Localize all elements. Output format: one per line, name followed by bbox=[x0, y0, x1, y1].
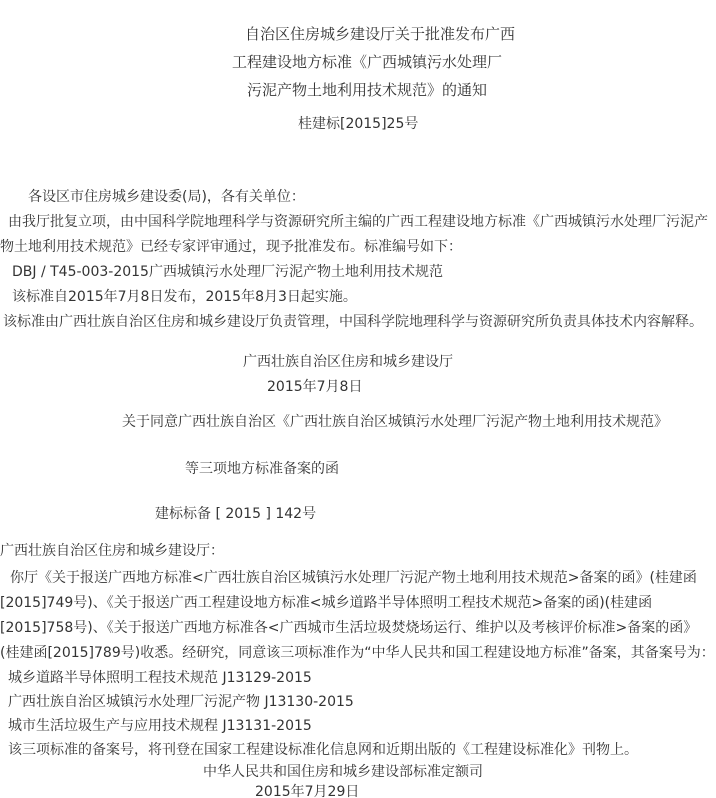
notice1-standard-number-line: DBJ / T45-003-2015广西城镇污水处理厂污泥产物土地利用技术规范 bbox=[0, 260, 716, 285]
notice2-sign-date: 2015年7月29日 bbox=[0, 782, 716, 798]
notice1-sign-date: 2015年7月8日 bbox=[0, 375, 716, 400]
notice2-salutation: 广西壮族自治区住房和城乡建设厅： bbox=[0, 539, 716, 564]
notice2-title-line2: 等三项地方标准备案的函 bbox=[0, 457, 716, 482]
notice1-approval-paragraph: 由我厅批复立项，由中国科学院地理科学与资源研究所主编的广西工程建设地方标准《广西… bbox=[0, 210, 716, 260]
notice2-closing-paragraph: 该三项标准的备案号，将刊登在国家工程建设标准化信息网和近期出版的《工程建设标准化… bbox=[0, 738, 716, 762]
record-number-line: 城市生活垃圾生产与应用技术规程 J13131-2015 bbox=[0, 714, 716, 738]
notice2-body-paragraph: 你厅《关于报送广西地方标准<广西壮族自治区城镇污水处理厂污泥产物土地利用技术规范… bbox=[0, 566, 716, 666]
notice2-doc-number: 建标标备 [ 2015 ] 142号 bbox=[0, 502, 716, 527]
record-number-line: 城乡道路半导体照明工程技术规范 J13129-2015 bbox=[0, 666, 716, 690]
record-number-line: 广西壮族自治区城镇污水处理厂污泥产物 J13130-2015 bbox=[0, 690, 716, 714]
notice1-management-paragraph: 该标准由广西壮族自治区住房和城乡建设厅负责管理，中国科学院地理科学与资源研究所负… bbox=[0, 310, 716, 335]
notice2-signer: 中华人民共和国住房和城乡建设部标准定额司 bbox=[0, 762, 716, 782]
notice1-doc-number: 桂建标[2015]25号 bbox=[0, 112, 716, 137]
notice1-title-line3: 污泥产物土地利用技术规范》的通知 bbox=[0, 76, 716, 104]
notice1-signer: 广西壮族自治区住房和城乡建设厅 bbox=[0, 350, 716, 375]
notice1-title-line1: 自治区住房城乡建设厅关于批准发布广西 bbox=[0, 20, 716, 48]
notice-document: 自治区住房城乡建设厅关于批准发布广西 工程建设地方标准《广西城镇污水处理厂 污泥… bbox=[0, 0, 716, 798]
notice1-title-line2: 工程建设地方标准《广西城镇污水处理厂 bbox=[0, 48, 716, 76]
notice1-salutation: 各设区市住房城乡建设委(局)，各有关单位： bbox=[0, 185, 716, 210]
notice1-dates-paragraph: 该标准自2015年7月8日发布，2015年8月3日起实施。 bbox=[0, 285, 716, 310]
document-page: { "notice1": { "title_lines": [ "自治区住房城乡… bbox=[0, 0, 716, 798]
notice2-record-number-list: 城乡道路半导体照明工程技术规范 J13129-2015 广西壮族自治区城镇污水处… bbox=[0, 666, 716, 738]
notice2-title-line1: 关于同意广西壮族自治区《广西壮族自治区城镇污水处理厂污泥产物土地利用技术规范》 bbox=[0, 410, 716, 435]
notice1-title: 自治区住房城乡建设厅关于批准发布广西 工程建设地方标准《广西城镇污水处理厂 污泥… bbox=[0, 0, 716, 104]
